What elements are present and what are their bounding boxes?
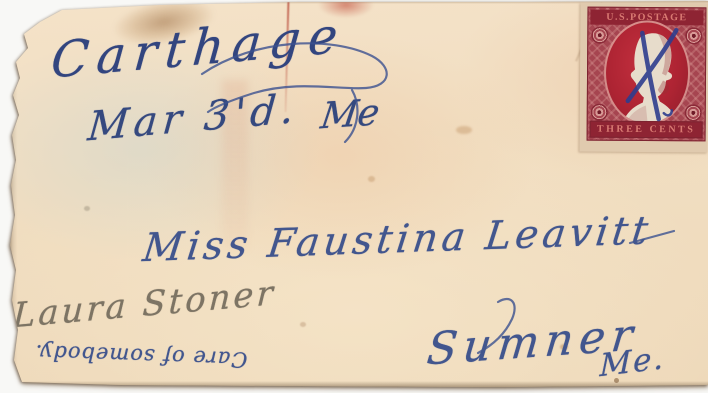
envelope: Carthage Mar 3'd. Me Miss Faustina Leavi… (0, 0, 708, 390)
torn-left-edge (8, 8, 17, 384)
postmark-state: Me (318, 92, 382, 138)
postmark-town: Carthage (49, 6, 348, 89)
pencil-name: Laura Stoner (12, 273, 277, 336)
envelope-wrapper: Carthage Mar 3'd. Me Miss Faustina Leavi… (0, 0, 708, 393)
postage-stamp: U.S.POSTAGE THREE CENTS (579, 3, 708, 153)
foxing-spot (300, 322, 306, 327)
inverted-care-of-note: Care of somebody. (22, 340, 261, 372)
envelope-scan: Carthage Mar 3'd. Me Miss Faustina Leavi… (0, 0, 708, 393)
postmark-date: Mar 3'd. (86, 86, 301, 151)
address-recipient: Miss Faustina Leavitt (140, 208, 654, 271)
address-state: Me. (599, 340, 665, 384)
foxing-spot (456, 126, 472, 134)
foxing-spot (368, 176, 375, 182)
foxing-spot (84, 206, 90, 211)
pen-cancel-x-icon (579, 3, 708, 153)
